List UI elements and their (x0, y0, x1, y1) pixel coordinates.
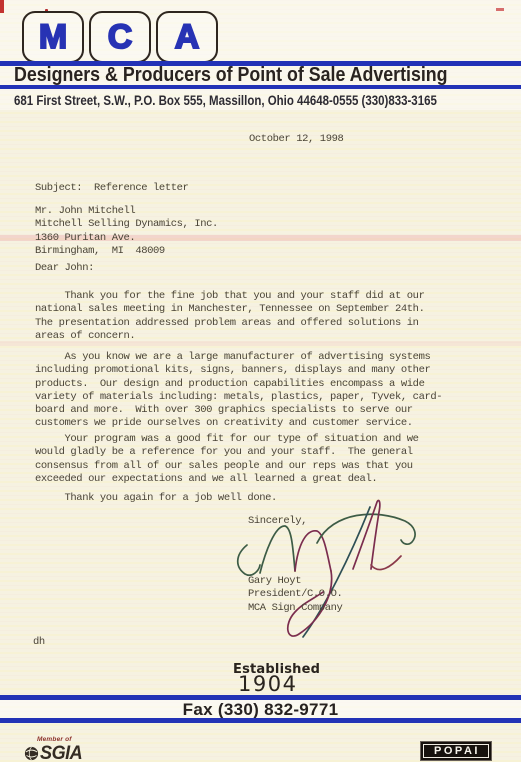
fax-number: Fax (330) 832-9771 (0, 700, 521, 720)
letter-date: October 12, 1998 (249, 133, 343, 146)
popai-logo: POPAI (420, 741, 492, 761)
paragraph-2: As you know we are a large manufacturer … (35, 351, 442, 431)
company-address: 681 First Street, S.W., P.O. Box 555, Ma… (14, 92, 437, 108)
member-of-label: Member of (37, 736, 72, 743)
globe-icon (24, 746, 39, 761)
mca-logo-letter-c: C (108, 20, 133, 54)
recipient-address: Mr. John Mitchell Mitchell Selling Dynam… (35, 205, 218, 258)
sgia-label: SGIA (40, 744, 82, 762)
salutation: Dear John: (35, 262, 94, 275)
fax-rule-top (0, 695, 521, 700)
fax-rule-bottom (0, 718, 521, 723)
mca-logo-box-c: C (89, 11, 151, 63)
subject-line: Subject: Reference letter (35, 182, 188, 195)
brand-rule-middle (0, 85, 521, 89)
established-year: 1904 (238, 674, 297, 695)
signature-scribble (225, 495, 435, 650)
signer-block: Gary Hoyt President/C.O.O. MCA Sign Comp… (248, 575, 342, 615)
company-tagline: Designers & Producers of Point of Sale A… (14, 64, 448, 87)
mca-logo-box-m: M (22, 11, 84, 63)
paragraph-1: Thank you for the fine job that you and … (35, 290, 424, 343)
mca-logo-box-a: A (156, 11, 218, 63)
paragraph-3: Your program was a good fit for our type… (35, 433, 419, 486)
mca-logo-letter-m: M (39, 20, 67, 54)
scanned-letter-page: M C A Designers & Producers of Point of … (0, 0, 521, 762)
mca-logo-letter-a: A (175, 20, 200, 54)
popai-label: POPAI (423, 744, 489, 758)
sgia-logo: SGIA (24, 744, 84, 762)
typist-initials: dh (33, 636, 45, 649)
